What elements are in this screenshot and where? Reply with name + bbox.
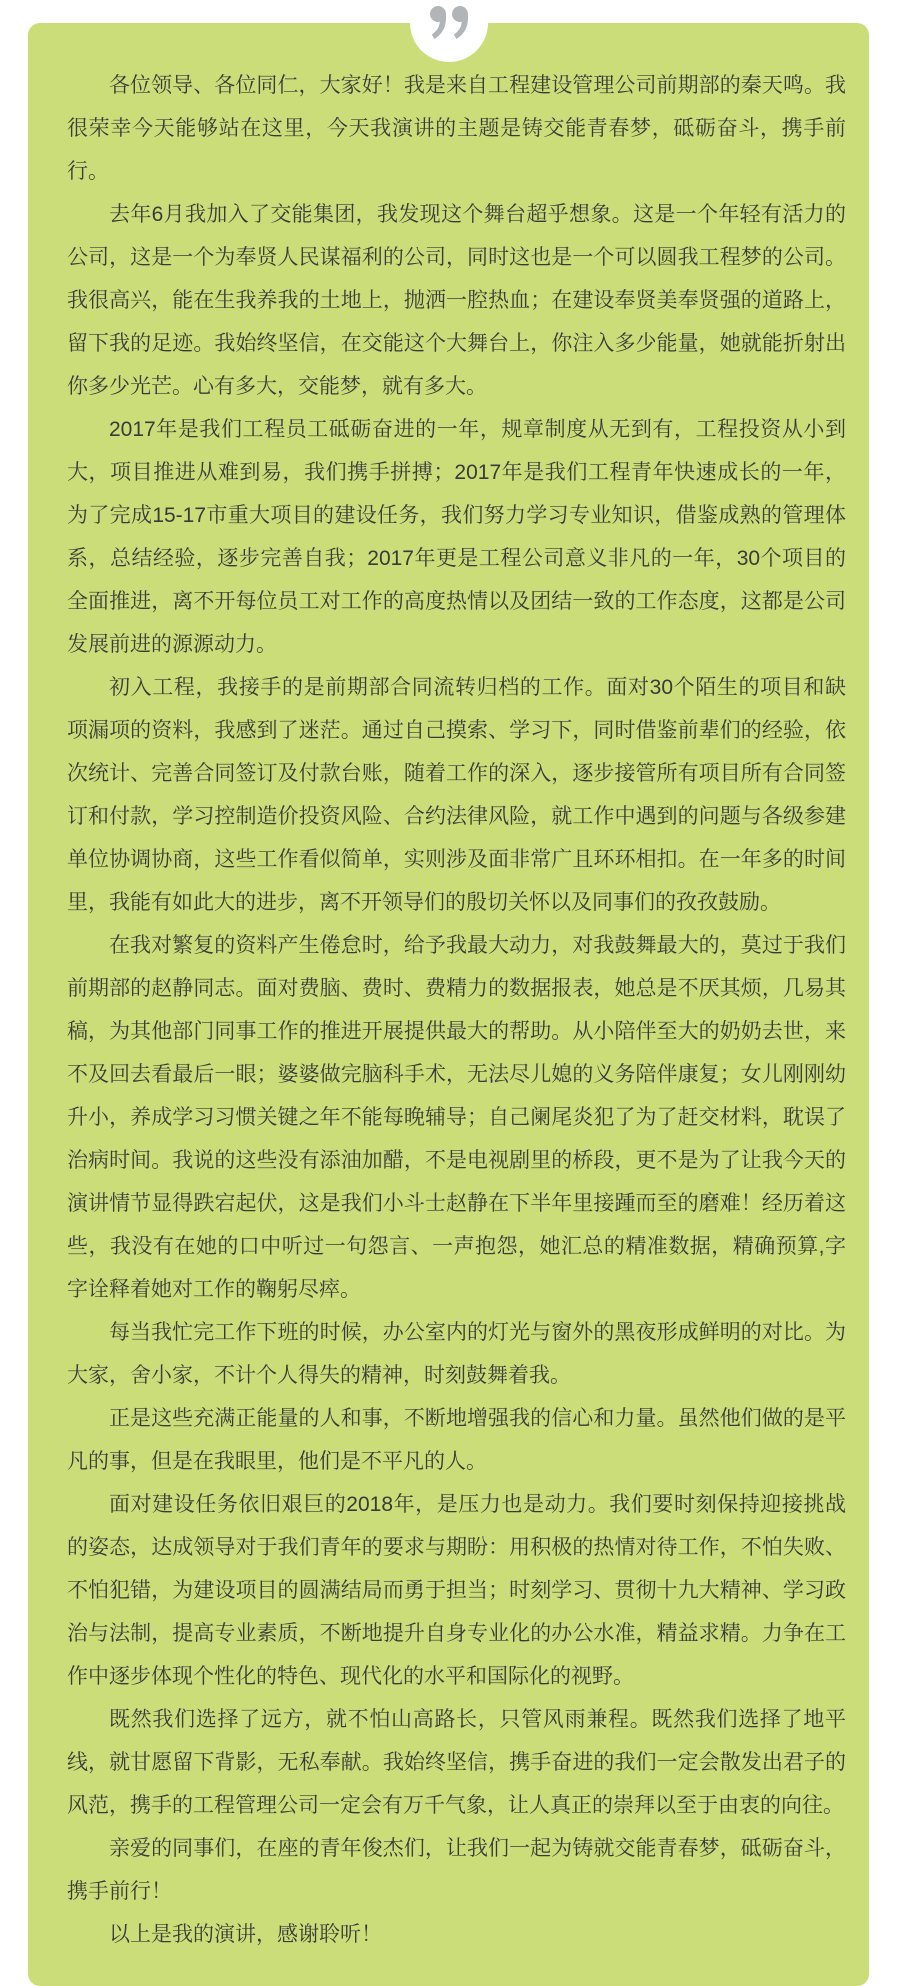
quote-badge (410, 0, 488, 62)
page: 各位领导、各位同仁，大家好！我是来自工程建设管理公司前期部的秦天鸣。我很荣幸今天… (0, 23, 912, 1986)
speech-paragraph: 初入工程，我接手的是前期部合同流转归档的工作。面对30个陌生的项目和缺项漏项的资… (67, 666, 846, 924)
speech-paragraph: 面对建设任务依旧艰巨的2018年，是压力也是动力。我们要时刻保持迎接挑战的姿态，… (67, 1483, 846, 1698)
speech-card: 各位领导、各位同仁，大家好！我是来自工程建设管理公司前期部的秦天鸣。我很荣幸今天… (28, 23, 869, 1986)
speech-paragraph: 每当我忙完工作下班的时候，办公室内的灯光与窗外的黑夜形成鲜明的对比。为大家，舍小… (67, 1311, 846, 1397)
speech-paragraph: 在我对繁复的资料产生倦怠时，给予我最大动力，对我鼓舞最大的，莫过于我们前期部的赵… (67, 924, 846, 1311)
speech-paragraph: 亲爱的同事们，在座的青年俊杰们，让我们一起为铸就交能青春梦，砥砺奋斗，携手前行！ (67, 1827, 846, 1913)
speech-paragraph: 去年6月我加入了交能集团，我发现这个舞台超乎想象。这是一个年轻有活力的公司，这是… (67, 193, 846, 408)
speech-content: 各位领导、各位同仁，大家好！我是来自工程建设管理公司前期部的秦天鸣。我很荣幸今天… (67, 64, 846, 1956)
closing-double-quote-icon (430, 6, 468, 40)
speech-paragraph: 2017年是我们工程员工砥砺奋进的一年，规章制度从无到有，工程投资从小到大，项目… (67, 408, 846, 666)
speech-paragraph: 正是这些充满正能量的人和事，不断地增强我的信心和力量。虽然他们做的是平凡的事，但… (67, 1397, 846, 1483)
speech-paragraph: 以上是我的演讲，感谢聆听！ (67, 1913, 846, 1956)
speech-paragraph: 既然我们选择了远方，就不怕山高路长，只管风雨兼程。既然我们选择了地平线，就甘愿留… (67, 1698, 846, 1827)
speech-paragraph: 各位领导、各位同仁，大家好！我是来自工程建设管理公司前期部的秦天鸣。我很荣幸今天… (67, 64, 846, 193)
